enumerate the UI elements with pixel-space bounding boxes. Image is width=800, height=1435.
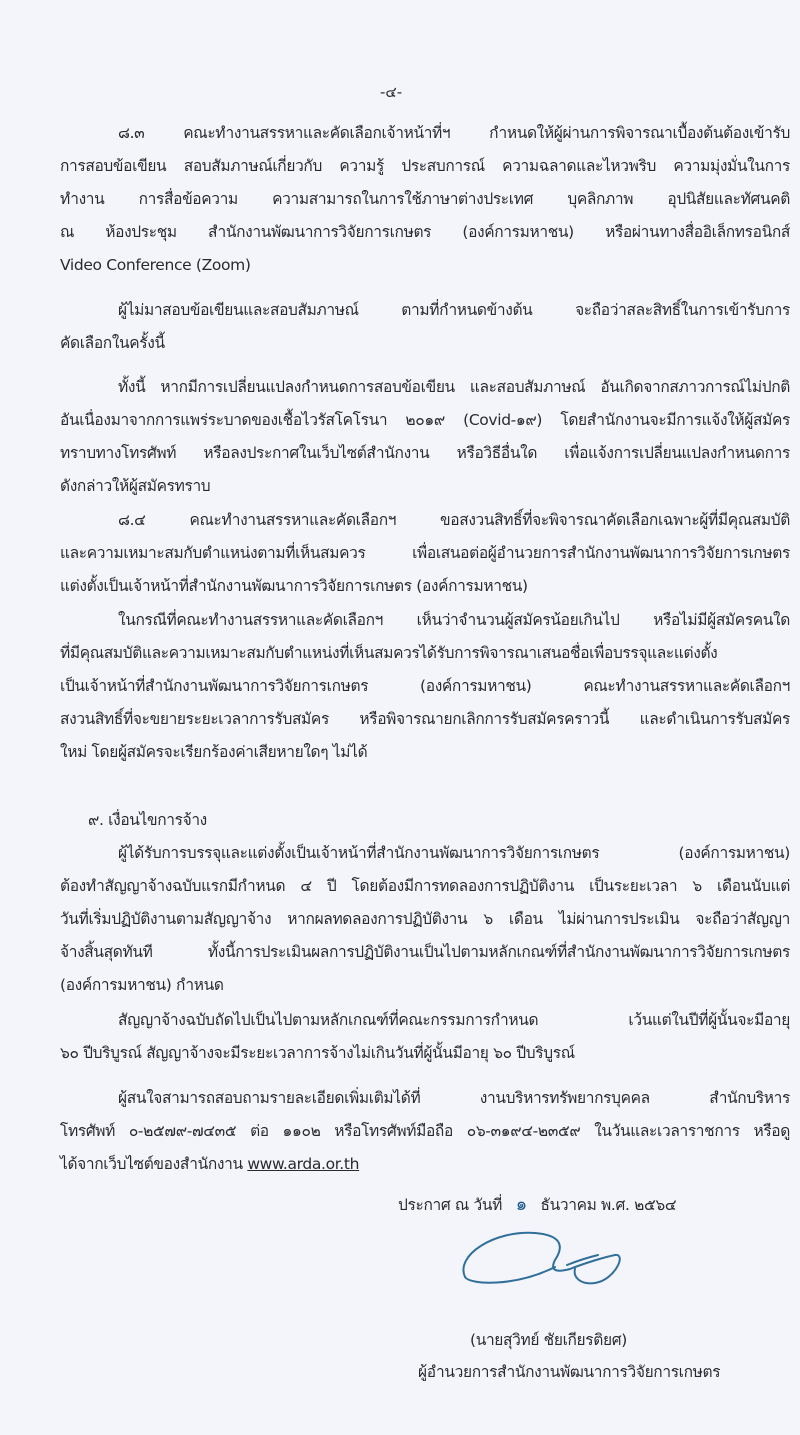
- section-8-3-line-4: ณ ห้องประชุม สำนักงานพัฒนาการวิจัยการเกษ…: [60, 222, 790, 242]
- section-9-para1-line-1: ผู้ได้รับการบรรจุและแต่งตั้งเป็นเจ้าหน้า…: [118, 843, 790, 863]
- page-number: -๔-: [380, 80, 402, 104]
- section-8-4-line-2: และความเหมาะสมกับตำแหน่งตามที่เห็นสมควร …: [60, 543, 790, 563]
- section-9-para1-line-2: ต้องทำสัญญาจ้างฉบับแรกมีกำหนด ๔ ปี โดยต้…: [60, 876, 790, 896]
- section-8-3-line-3: ทำงาน การสื่อข้อความ ความสามารถในการใช้ภ…: [60, 189, 790, 209]
- section-9-para1-line-4: จ้างสิ้นสุดทันที ทั้งนี้การประเมินผลการป…: [60, 942, 790, 962]
- announcement-date: ประกาศ ณ วันที่ ๑ ธันวาคม พ.ศ. ๒๕๖๔: [398, 1195, 788, 1215]
- signatory-name: (นายสุวิทย์ ชัยเกียรติยศ): [470, 1330, 770, 1350]
- contact-website-prefix: ได้จากเว็บไซต์ของสำนักงาน: [60, 1155, 247, 1173]
- website-link[interactable]: www.arda.or.th: [247, 1155, 359, 1173]
- para-insufficient-line-2: ที่มีคุณสมบัติและความเหมาะสมกับตำแหน่งที…: [60, 643, 790, 663]
- signature-icon: [455, 1225, 625, 1300]
- section-8-4-line-1: ๘.๔ คณะทำงานสรรหาและคัดเลือกฯ ขอสงวนสิทธ…: [118, 510, 790, 530]
- para-covid-line-4: ดังกล่าวให้ผู้สมัครทราบ: [60, 476, 790, 496]
- para-absent-line-2: คัดเลือกในครั้งนี้: [60, 333, 790, 353]
- section-9-para1-line-5: (องค์การมหาชน) กำหนด: [60, 975, 790, 995]
- para-insufficient-line-4: สงวนสิทธิ์ที่จะขยายระยะเวลาการรับสมัคร ห…: [60, 709, 790, 729]
- signatory-title: ผู้อำนวยการสำนักงานพัฒนาการวิจัยการเกษตร: [418, 1362, 788, 1382]
- contact-line-1: ผู้สนใจสามารถสอบถามรายละเอียดเพิ่มเติมได…: [118, 1088, 790, 1108]
- contact-line-3: ได้จากเว็บไซต์ของสำนักงาน www.arda.or.th: [60, 1154, 790, 1174]
- para-covid-line-3: ทราบทางโทรศัพท์ หรือลงประกาศในเว็บไซต์สำ…: [60, 443, 790, 463]
- section-8-3-line-5: Video Conference (Zoom): [60, 255, 790, 275]
- para-absent-line-1: ผู้ไม่มาสอบข้อเขียนและสอบสัมภาษณ์ ตามที่…: [118, 300, 790, 320]
- para-insufficient-line-3: เป็นเจ้าหน้าที่สำนักงานพัฒนาการวิจัยการเ…: [60, 676, 790, 696]
- document-page: -๔- ๘.๓ คณะทำงานสรรหาและคัดเลือกเจ้าหน้า…: [0, 0, 800, 1435]
- section-9-para1-line-3: วันที่เริ่มปฏิบัติงานตามสัญญาจ้าง หากผลท…: [60, 909, 790, 929]
- section-9-heading: ๙. เงื่อนไขการจ้าง: [88, 810, 800, 830]
- contact-line-2: โทรศัพท์ ๐-๒๕๗๙-๗๔๓๕ ต่อ ๑๑๐๒ หรือโทรศัพ…: [60, 1121, 790, 1141]
- para-covid-line-1: ทั้งนี้ หากมีการเปลี่ยนแปลงกำหนดการสอบข้…: [118, 377, 790, 397]
- para-insufficient-line-1: ในกรณีที่คณะทำงานสรรหาและคัดเลือกฯ เห็นว…: [118, 610, 790, 630]
- announcement-day: ๑: [516, 1194, 527, 1215]
- section-8-3-line-2: การสอบข้อเขียน สอบสัมภาษณ์เกี่ยวกับ ความ…: [60, 156, 790, 176]
- para-insufficient-line-5: ใหม่ โดยผู้สมัครจะเรียกร้องค่าเสียหายใดๆ…: [60, 742, 790, 762]
- section-9-para2-line-2: ๖๐ ปีบริบูรณ์ สัญญาจ้างจะมีระยะเวลาการจ้…: [60, 1043, 790, 1063]
- section-8-3-line-1: ๘.๓ คณะทำงานสรรหาและคัดเลือกเจ้าหน้าที่ฯ…: [118, 123, 790, 143]
- section-9-para2-line-1: สัญญาจ้างฉบับถัดไปเป็นไปตามหลักเกณฑ์ที่ค…: [118, 1010, 790, 1030]
- announcement-month-year: ธันวาคม พ.ศ. ๒๕๖๔: [541, 1196, 677, 1214]
- section-8-4-line-3: แต่งตั้งเป็นเจ้าหน้าที่สำนักงานพัฒนาการว…: [60, 576, 790, 596]
- para-covid-line-2: อันเนื่องมาจากการแพร่ระบาดของเชื้อไวรัสโ…: [60, 410, 790, 430]
- announcement-prefix: ประกาศ ณ วันที่: [398, 1196, 502, 1214]
